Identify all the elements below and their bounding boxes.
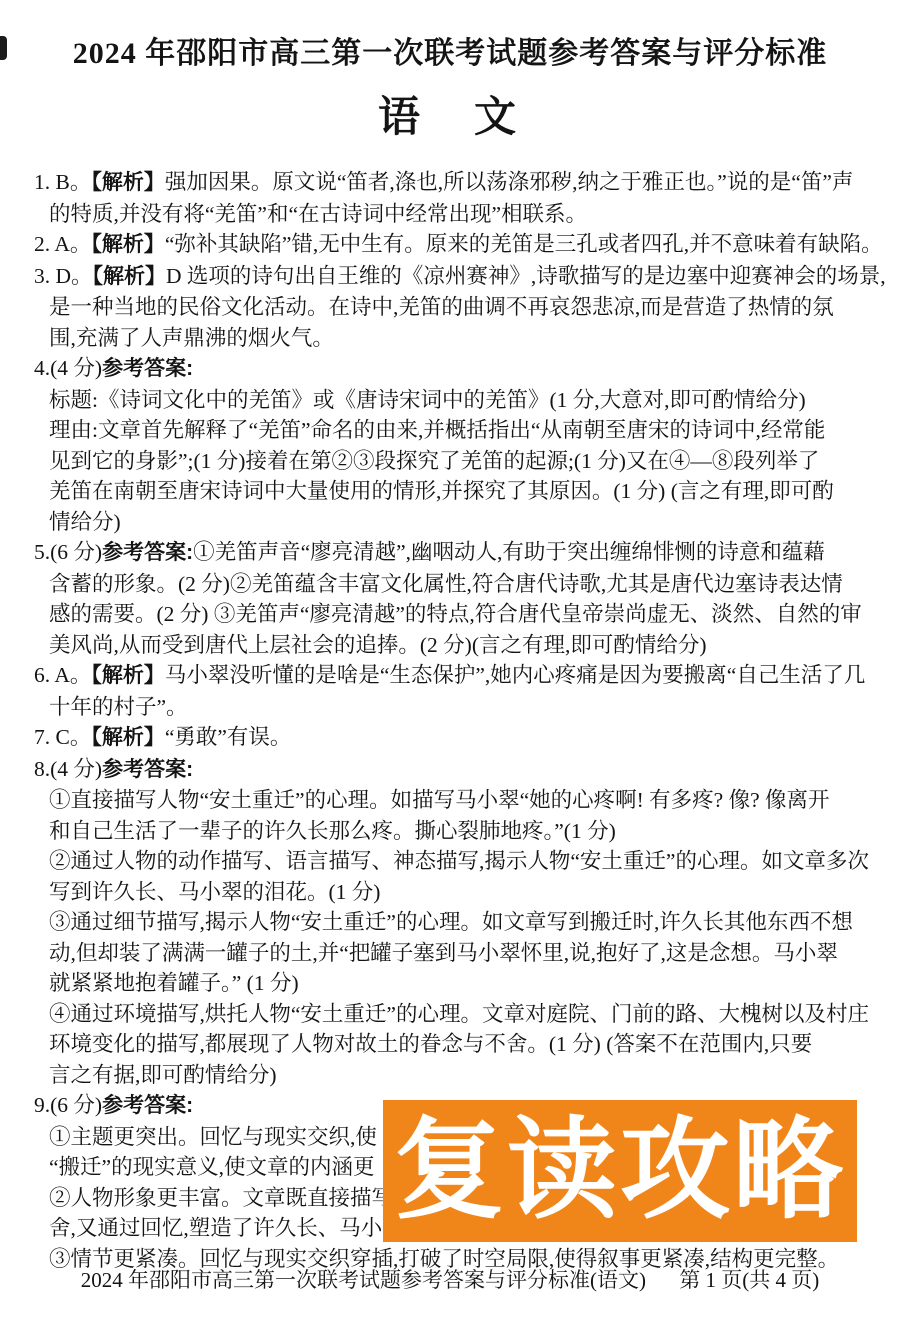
text-line: ③通过细节描写,揭示人物“安土重迁”的心理。如文章写到搬迁时,许久长其他东西不想 — [34, 907, 882, 938]
text-line: 围,充满了人声鼎沸的烟火气。 — [34, 323, 882, 354]
text-line: 1. B。【解析】强加因果。原文说“笛者,涤也,所以荡涤邪秽,纳之于雅正也。”说… — [34, 167, 882, 199]
text-line: 感的需要。(2 分) ③羌笛声“廖亮清越”的特点,符合唐代皇帝崇尚虚无、淡然、自… — [34, 599, 882, 630]
text-line: ④通过环境描写,烘托人物“安土重迁”的心理。文章对庭院、门前的路、大槐树以及村庄 — [34, 999, 882, 1030]
text-line: 动,但却装了满满一罐子的土,并“把罐子塞到马小翠怀里,说,抱好了,这是念想。马小… — [34, 938, 882, 969]
page-title: 2024 年邵阳市高三第一次联考试题参考答案与评分标准 — [0, 28, 900, 72]
text-line: 环境变化的描写,都展现了人物对故土的眷念与不舍。(1 分) (答案不在范围内,只… — [34, 1029, 882, 1060]
text-line: 3. D。【解析】D 选项的诗句出自王维的《凉州赛神》,诗歌描写的是边塞中迎赛神… — [34, 261, 882, 293]
subject-title: 语 文 — [0, 84, 900, 144]
text-line: 十年的村子”。 — [34, 692, 882, 723]
text-line: 情给分) — [34, 507, 882, 538]
exam-answer-page: 2024 年邵阳市高三第一次联考试题参考答案与评分标准 语 文 1. B。【解析… — [0, 0, 900, 1330]
text-line: 就紧紧地抱着罐子。” (1 分) — [34, 968, 882, 999]
text-line: 含蓄的形象。(2 分)②羌笛蕴含丰富文化属性,符合唐代诗歌,尤其是唐代边塞诗表达… — [34, 569, 882, 600]
text-line: 2. A。【解析】“弥补其缺陷”错,无中生有。原来的羌笛是三孔或者四孔,并不意味… — [34, 229, 882, 261]
text-line: 7. C。【解析】“勇敢”有误。 — [34, 722, 882, 754]
text-line: 美风尚,从而受到唐代上层社会的追捧。(2 分)(言之有理,即可酌情给分) — [34, 630, 882, 661]
text-line: 5.(6 分)参考答案:①羌笛声音“廖亮清越”,幽咽动人,有助于突出缠绵悱恻的诗… — [34, 537, 882, 569]
text-line: 标题:《诗词文化中的羌笛》或《唐诗宋词中的羌笛》(1 分,大意对,即可酌情给分) — [34, 385, 882, 416]
footer-doc-title: 2024 年邵阳市高三第一次联考试题参考答案与评分标准(语文) — [81, 1268, 646, 1292]
text-line: 写到许久长、马小翠的泪花。(1 分) — [34, 877, 882, 908]
text-line: 的特质,并没有将“羌笛”和“在古诗词中经常出现”相联系。 — [34, 199, 882, 230]
text-line: 4.(4 分)参考答案: — [34, 353, 882, 385]
text-line: 是一种当地的民俗文化活动。在诗中,羌笛的曲调不再哀怨悲凉,而是营造了热情的氛 — [34, 292, 882, 323]
text-line: 8.(4 分)参考答案: — [34, 754, 882, 786]
text-line: 见到它的身影”;(1 分)接着在第②③段探究了羌笛的起源;(1 分)又在④—⑧段… — [34, 446, 882, 477]
text-line: ②通过人物的动作描写、语言描写、神态描写,揭示人物“安土重迁”的心理。如文章多次 — [34, 846, 882, 877]
text-line: 和自己生活了一辈子的许久长那么疼。撕心裂肺地疼。”(1 分) — [34, 816, 882, 847]
text-line: 羌笛在南朝至唐宋诗词中大量使用的情形,并探究了其原因。(1 分) (言之有理,即… — [34, 476, 882, 507]
text-line: 言之有据,即可酌情给分) — [34, 1060, 882, 1091]
text-line: 理由:文章首先解释了“羌笛”命名的由来,并概括指出“从南朝至唐宋的诗词中,经常能 — [34, 415, 882, 446]
page-footer: 2024 年邵阳市高三第一次联考试题参考答案与评分标准(语文) 第 1 页(共 … — [0, 1264, 900, 1294]
watermark-banner: 复读攻略 — [383, 1100, 857, 1242]
text-line: 6. A。【解析】马小翠没听懂的是啥是“生态保护”,她内心疼痛是因为要搬离“自己… — [34, 660, 882, 692]
footer-page-number: 第 1 页(共 4 页) — [679, 1268, 819, 1292]
watermark-text: 复读攻略 — [394, 1116, 846, 1226]
text-line: ①直接描写人物“安土重迁”的心理。如描写马小翠“她的心疼啊! 有多疼? 像? 像… — [34, 785, 882, 816]
